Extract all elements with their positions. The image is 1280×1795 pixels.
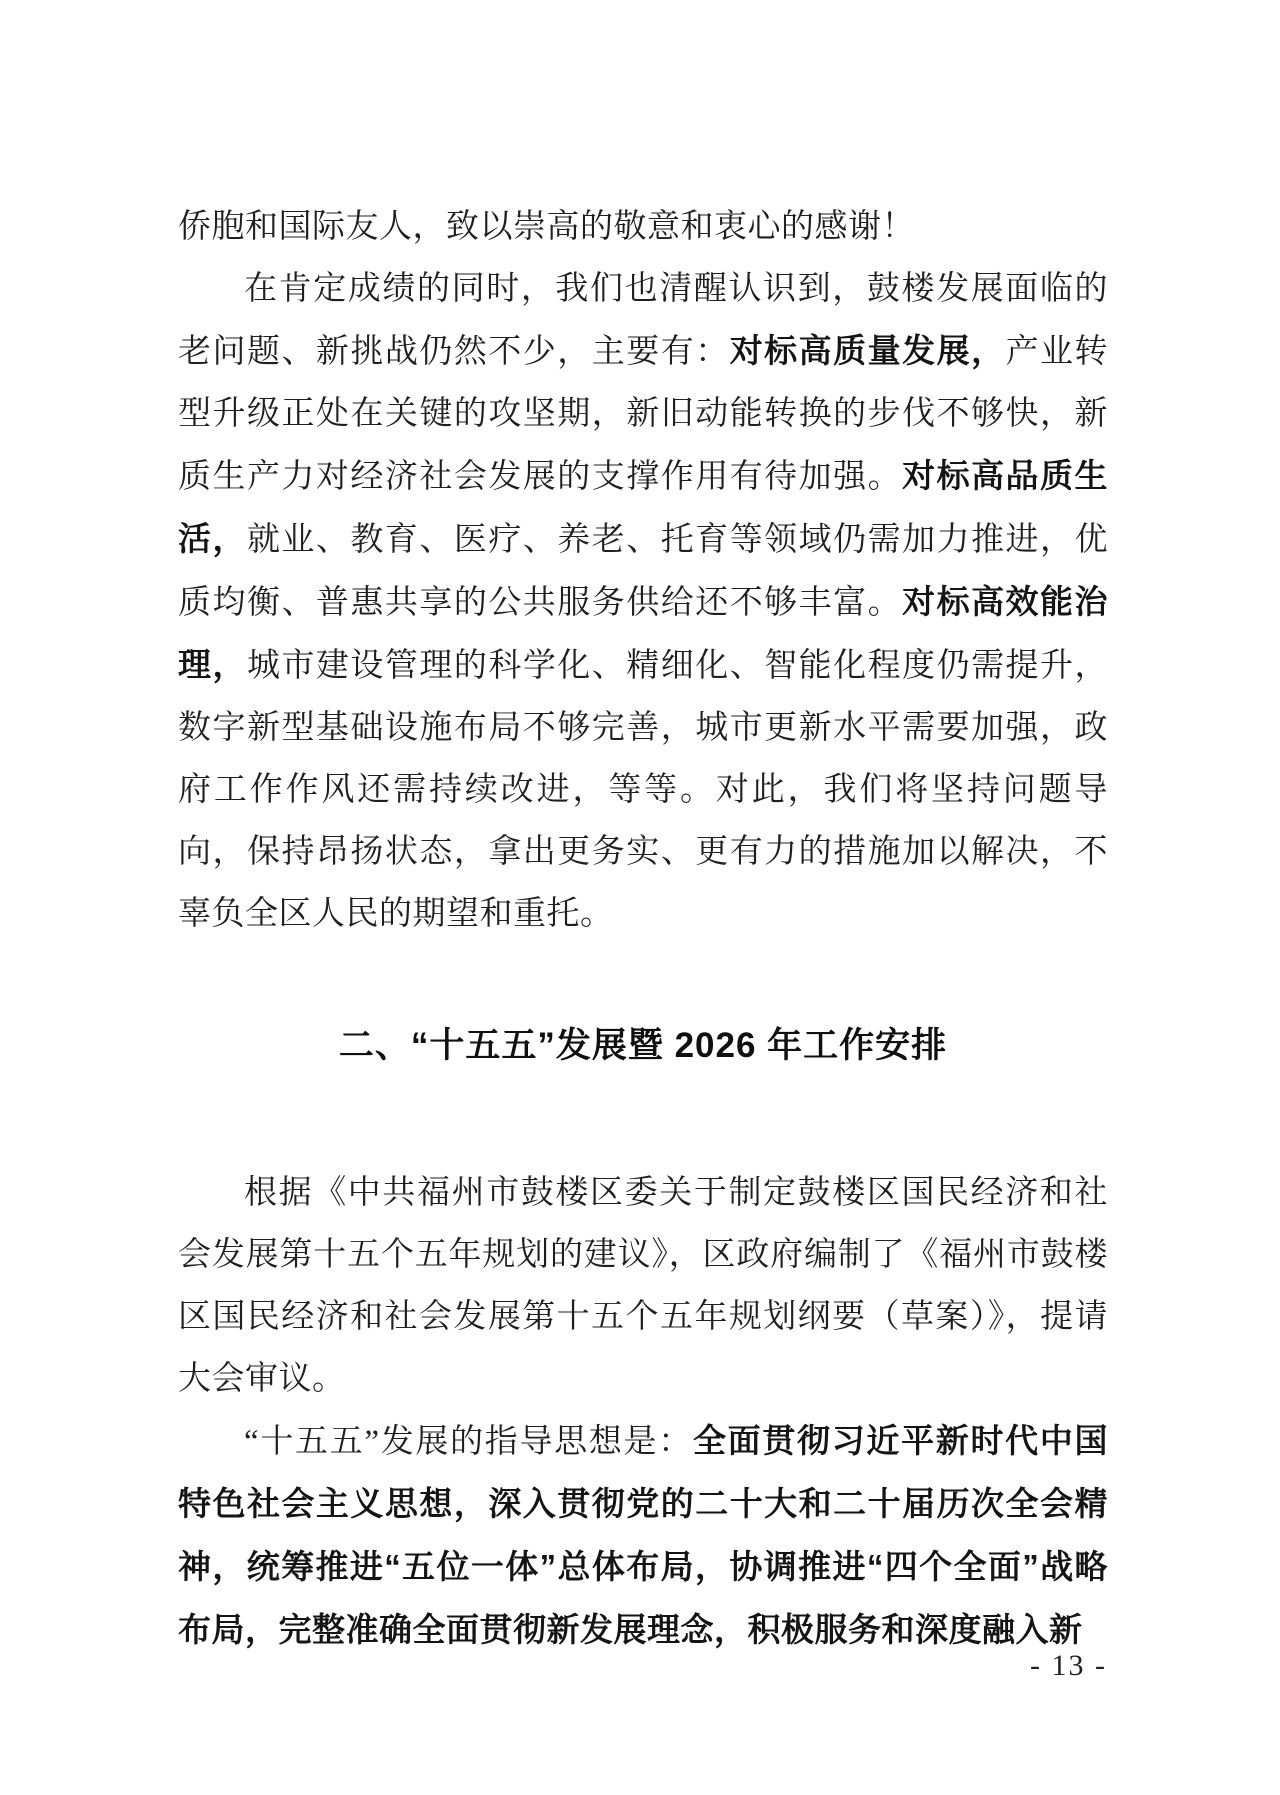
body-paragraph: “十五五”发展的指导思想是：全面贯彻习近平新时代中国特色社会主义思想，深入贯彻党…: [178, 1410, 1108, 1662]
text-segment: 根据《中共福州市鼓楼区委关于制定鼓楼区国民经济和社会发展第十五个五年规划的建议》…: [178, 1175, 1108, 1397]
document-page: 侨胞和国际友人，致以崇高的敬意和衷心的感谢！在肯定成绩的同时，我们也清醒认识到，…: [0, 0, 1280, 1795]
text-segment: “十五五”发展的指导思想是：: [244, 1424, 693, 1460]
section-heading: 二、“十五五”发展暨 2026 年工作安排: [178, 1015, 1108, 1077]
document-body: 侨胞和国际友人，致以崇高的敬意和衷心的感谢！在肯定成绩的同时，我们也清醒认识到，…: [178, 196, 1108, 1662]
emphasis-text-segment: 对标高质量发展，: [730, 332, 1006, 369]
body-paragraph: 侨胞和国际友人，致以崇高的敬意和衷心的感谢！: [178, 196, 1108, 258]
text-segment: 侨胞和国际友人，致以崇高的敬意和衷心的感谢！: [178, 209, 915, 245]
body-paragraph: 在肯定成绩的同时，我们也清醒认识到，鼓楼发展面临的老问题、新挑战仍然不少，主要有…: [178, 258, 1108, 945]
page-number: - 13 -: [1030, 1648, 1107, 1684]
body-paragraph: 根据《中共福州市鼓楼区委关于制定鼓楼区国民经济和社会发展第十五个五年规划的建议》…: [178, 1162, 1108, 1410]
text-segment: 城市建设管理的科学化、精细化、智能化程度仍需提升，数字新型基础设施布局不够完善，…: [178, 648, 1108, 932]
